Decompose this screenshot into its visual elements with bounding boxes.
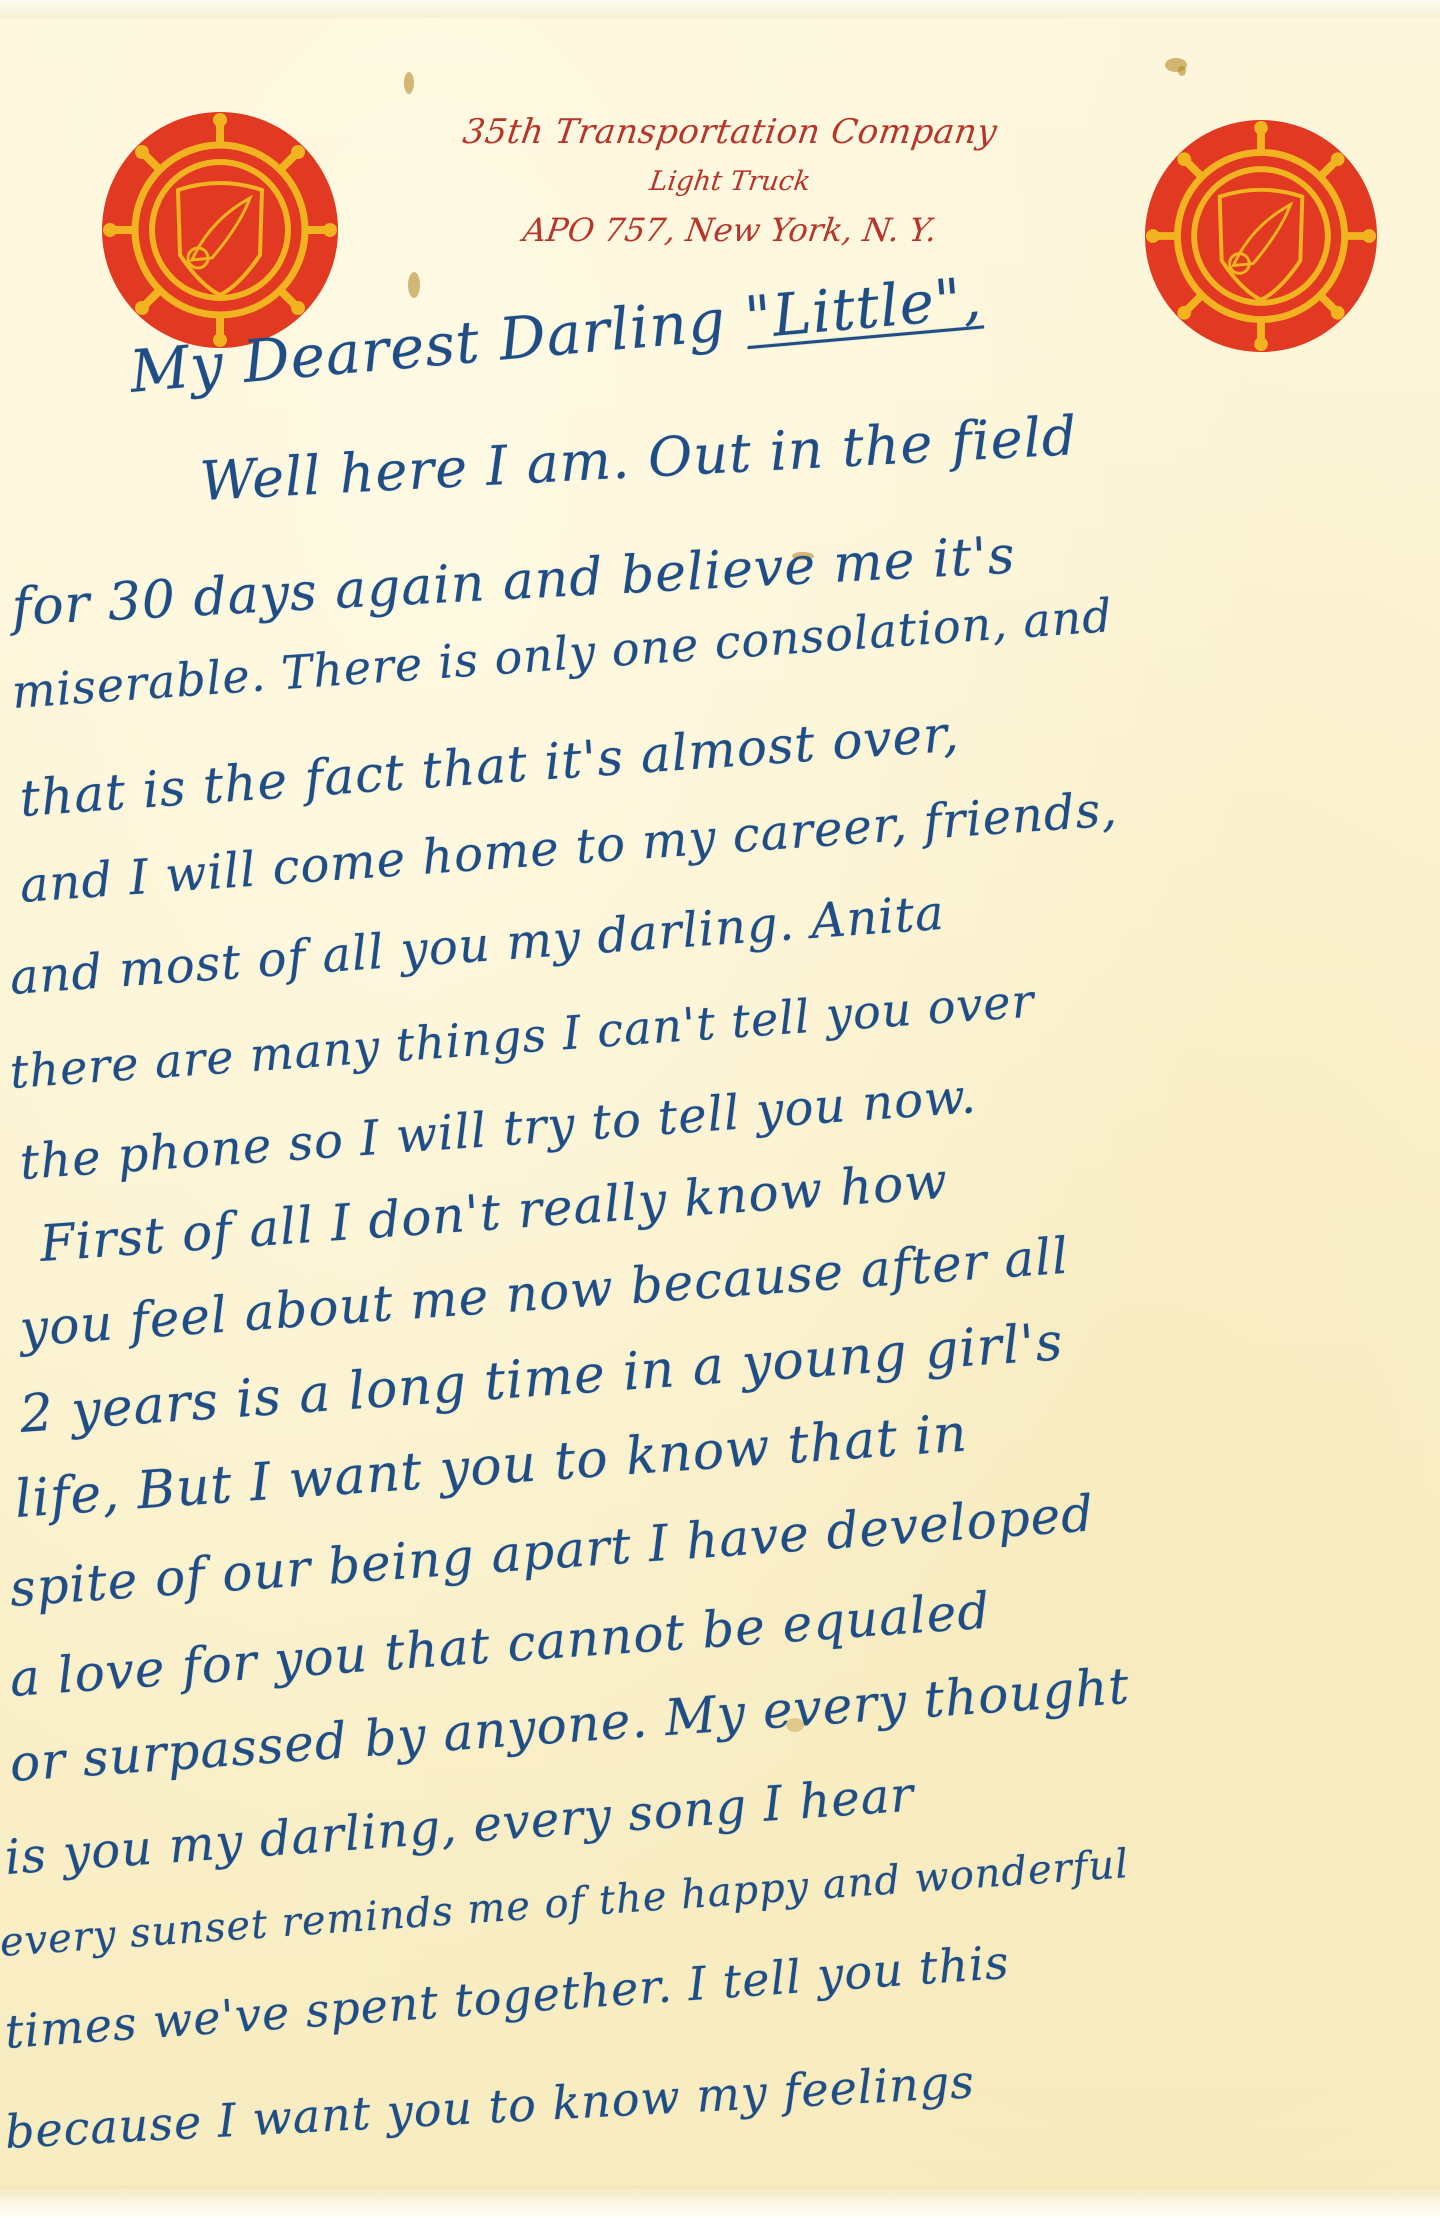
stain xyxy=(404,72,414,94)
paper-top-edge xyxy=(0,0,1440,18)
letterhead-unit-type: Light Truck xyxy=(377,162,1083,202)
stain xyxy=(1178,66,1186,76)
letterhead-address: APO 757, New York, N. Y. xyxy=(377,208,1083,252)
company-emblem-left xyxy=(100,110,340,350)
letterhead-company-name: 35th Transportation Company xyxy=(377,110,1083,154)
company-emblem-right xyxy=(1143,118,1379,354)
stain xyxy=(408,272,420,298)
letterhead: 35th Transportation Company Light Truck … xyxy=(380,110,1080,252)
paper-bottom-edge xyxy=(0,2185,1440,2217)
